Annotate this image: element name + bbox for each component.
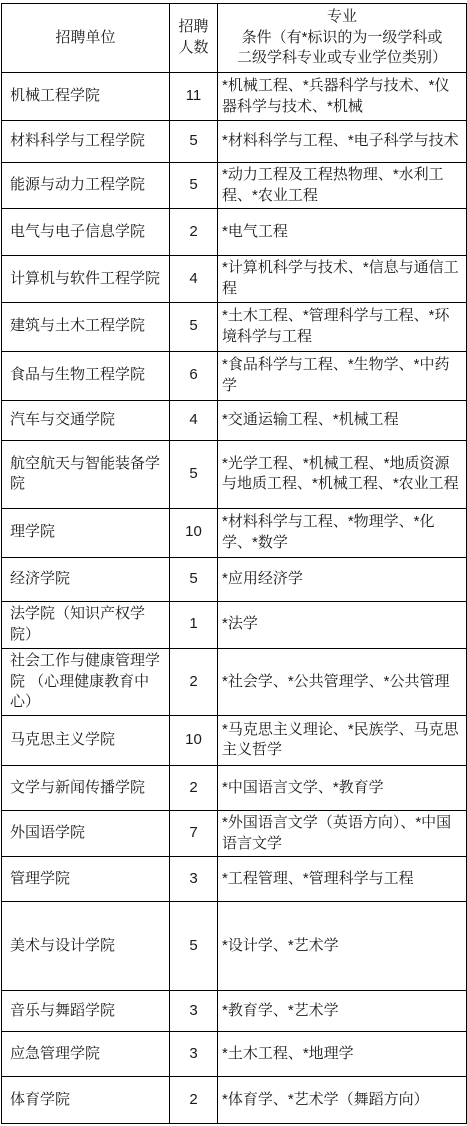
- unit-cell: 管理学院: [2, 857, 170, 902]
- table-row: 音乐与舞蹈学院3*教育学、*艺术学: [2, 991, 467, 1032]
- count-cell: 2: [170, 209, 218, 256]
- header-major: 专业 条件（有*标识的为一级学科或 二级学科专业或专业学位类别）: [218, 4, 467, 73]
- count-cell: 5: [170, 163, 218, 209]
- unit-cell: 文学与新闻传播学院: [2, 765, 170, 810]
- count-cell: 5: [170, 302, 218, 351]
- unit-cell: 材料科学与工程学院: [2, 121, 170, 163]
- unit-cell: 食品与生物工程学院: [2, 351, 170, 400]
- major-cell: *社会学、*公共管理学、*公共管理: [218, 648, 467, 715]
- unit-cell: 经济学院: [2, 557, 170, 601]
- count-cell: 2: [170, 765, 218, 810]
- major-cell: *应用经济学: [218, 557, 467, 601]
- count-cell: 3: [170, 857, 218, 902]
- recruitment-table-container: 招聘单位 招聘人数 专业 条件（有*标识的为一级学科或 二级学科专业或专业学位类…: [0, 0, 467, 1126]
- table-row: 管理学院3*工程管理、*管理科学与工程: [2, 857, 467, 902]
- count-cell: 2: [170, 648, 218, 715]
- table-row: 材料科学与工程学院5*材料科学与工程、*电子科学与技术: [2, 121, 467, 163]
- count-cell: 2: [170, 1077, 218, 1124]
- unit-cell: 航空航天与智能装备学院: [2, 440, 170, 508]
- major-cell: *土木工程、*管理科学与工程、*环境科学与工程: [218, 302, 467, 351]
- major-cell: *计算机科学与技术、*信息与通信工程: [218, 256, 467, 302]
- table-row: 理学院10*材料科学与工程、*物理学、*化学、*数学: [2, 508, 467, 557]
- unit-cell: 社会工作与健康管理学院 （心理健康教育中心）: [2, 648, 170, 715]
- count-cell: 1: [170, 601, 218, 648]
- header-major-line3: 二级学科专业或专业学位类别）: [220, 48, 464, 69]
- header-major-line2: 条件（有*标识的为一级学科或: [220, 28, 464, 49]
- table-row: 外国语学院7*外国语言文学（英语方向）、*中国语言文学: [2, 810, 467, 856]
- table-row: 电气与电子信息学院2*电气工程: [2, 209, 467, 256]
- table-row: 美术与设计学院5*设计学、*艺术学: [2, 902, 467, 991]
- table-row: 机械工程学院11*机械工程、*兵器科学与技术、*仪器科学与技术、*机械: [2, 73, 467, 121]
- unit-cell: 应急管理学院: [2, 1032, 170, 1077]
- major-cell: *外国语言文学（英语方向）、*中国语言文学: [218, 810, 467, 856]
- unit-cell: 法学院（知识产权学院）: [2, 601, 170, 648]
- count-cell: 3: [170, 991, 218, 1032]
- unit-cell: 马克思主义学院: [2, 715, 170, 765]
- table-row: 社会工作与健康管理学院 （心理健康教育中心）2*社会学、*公共管理学、*公共管理: [2, 648, 467, 715]
- major-cell: *马克思主义理论、*民族学、马克思主义哲学: [218, 715, 467, 765]
- table-row: 计算机与软件工程学院4*计算机科学与技术、*信息与通信工程: [2, 256, 467, 302]
- count-cell: 7: [170, 810, 218, 856]
- unit-cell: 建筑与土木工程学院: [2, 302, 170, 351]
- count-cell: 4: [170, 400, 218, 440]
- unit-cell: 音乐与舞蹈学院: [2, 991, 170, 1032]
- header-unit: 招聘单位: [2, 4, 170, 73]
- major-cell: *中国语言文学、*教育学: [218, 765, 467, 810]
- major-cell: *食品科学与工程、*生物学、*中药学: [218, 351, 467, 400]
- unit-cell: 体育学院: [2, 1077, 170, 1124]
- recruitment-table: 招聘单位 招聘人数 专业 条件（有*标识的为一级学科或 二级学科专业或专业学位类…: [1, 3, 467, 1124]
- unit-cell: 理学院: [2, 508, 170, 557]
- major-cell: *交通运输工程、*机械工程: [218, 400, 467, 440]
- table-row: 经济学院5*应用经济学: [2, 557, 467, 601]
- major-cell: *法学: [218, 601, 467, 648]
- unit-cell: 美术与设计学院: [2, 902, 170, 991]
- table-body: 机械工程学院11*机械工程、*兵器科学与技术、*仪器科学与技术、*机械材料科学与…: [2, 73, 467, 1124]
- major-cell: *设计学、*艺术学: [218, 902, 467, 991]
- count-cell: 10: [170, 508, 218, 557]
- table-row: 航空航天与智能装备学院5*光学工程、*机械工程、*地质资源与地质工程、*机械工程…: [2, 440, 467, 508]
- table-row: 汽车与交通学院4*交通运输工程、*机械工程: [2, 400, 467, 440]
- major-cell: *材料科学与工程、*物理学、*化学、*数学: [218, 508, 467, 557]
- count-cell: 6: [170, 351, 218, 400]
- major-cell: *土木工程、*地理学: [218, 1032, 467, 1077]
- major-cell: *机械工程、*兵器科学与技术、*仪器科学与技术、*机械: [218, 73, 467, 121]
- header-row: 招聘单位 招聘人数 专业 条件（有*标识的为一级学科或 二级学科专业或专业学位类…: [2, 4, 467, 73]
- table-row: 法学院（知识产权学院）1*法学: [2, 601, 467, 648]
- count-cell: 4: [170, 256, 218, 302]
- table-row: 能源与动力工程学院5*动力工程及工程热物理、*水利工程、*农业工程: [2, 163, 467, 209]
- major-cell: *动力工程及工程热物理、*水利工程、*农业工程: [218, 163, 467, 209]
- table-row: 食品与生物工程学院6*食品科学与工程、*生物学、*中药学: [2, 351, 467, 400]
- table-row: 应急管理学院3*土木工程、*地理学: [2, 1032, 467, 1077]
- header-count: 招聘人数: [170, 4, 218, 73]
- unit-cell: 外国语学院: [2, 810, 170, 856]
- major-cell: *光学工程、*机械工程、*地质资源与地质工程、*机械工程、*农业工程: [218, 440, 467, 508]
- count-cell: 10: [170, 715, 218, 765]
- count-cell: 5: [170, 557, 218, 601]
- count-cell: 5: [170, 121, 218, 163]
- count-cell: 5: [170, 902, 218, 991]
- major-cell: *工程管理、*管理科学与工程: [218, 857, 467, 902]
- unit-cell: 能源与动力工程学院: [2, 163, 170, 209]
- major-cell: *教育学、*艺术学: [218, 991, 467, 1032]
- header-major-line1: 专业: [220, 7, 464, 28]
- unit-cell: 机械工程学院: [2, 73, 170, 121]
- table-row: 建筑与土木工程学院5*土木工程、*管理科学与工程、*环境科学与工程: [2, 302, 467, 351]
- unit-cell: 汽车与交通学院: [2, 400, 170, 440]
- unit-cell: 电气与电子信息学院: [2, 209, 170, 256]
- table-row: 体育学院2*体育学、*艺术学（舞蹈方向）: [2, 1077, 467, 1124]
- table-row: 马克思主义学院10*马克思主义理论、*民族学、马克思主义哲学: [2, 715, 467, 765]
- table-row: 文学与新闻传播学院2*中国语言文学、*教育学: [2, 765, 467, 810]
- count-cell: 3: [170, 1032, 218, 1077]
- unit-cell: 计算机与软件工程学院: [2, 256, 170, 302]
- count-cell: 5: [170, 440, 218, 508]
- major-cell: *材料科学与工程、*电子科学与技术: [218, 121, 467, 163]
- major-cell: *体育学、*艺术学（舞蹈方向）: [218, 1077, 467, 1124]
- count-cell: 11: [170, 73, 218, 121]
- major-cell: *电气工程: [218, 209, 467, 256]
